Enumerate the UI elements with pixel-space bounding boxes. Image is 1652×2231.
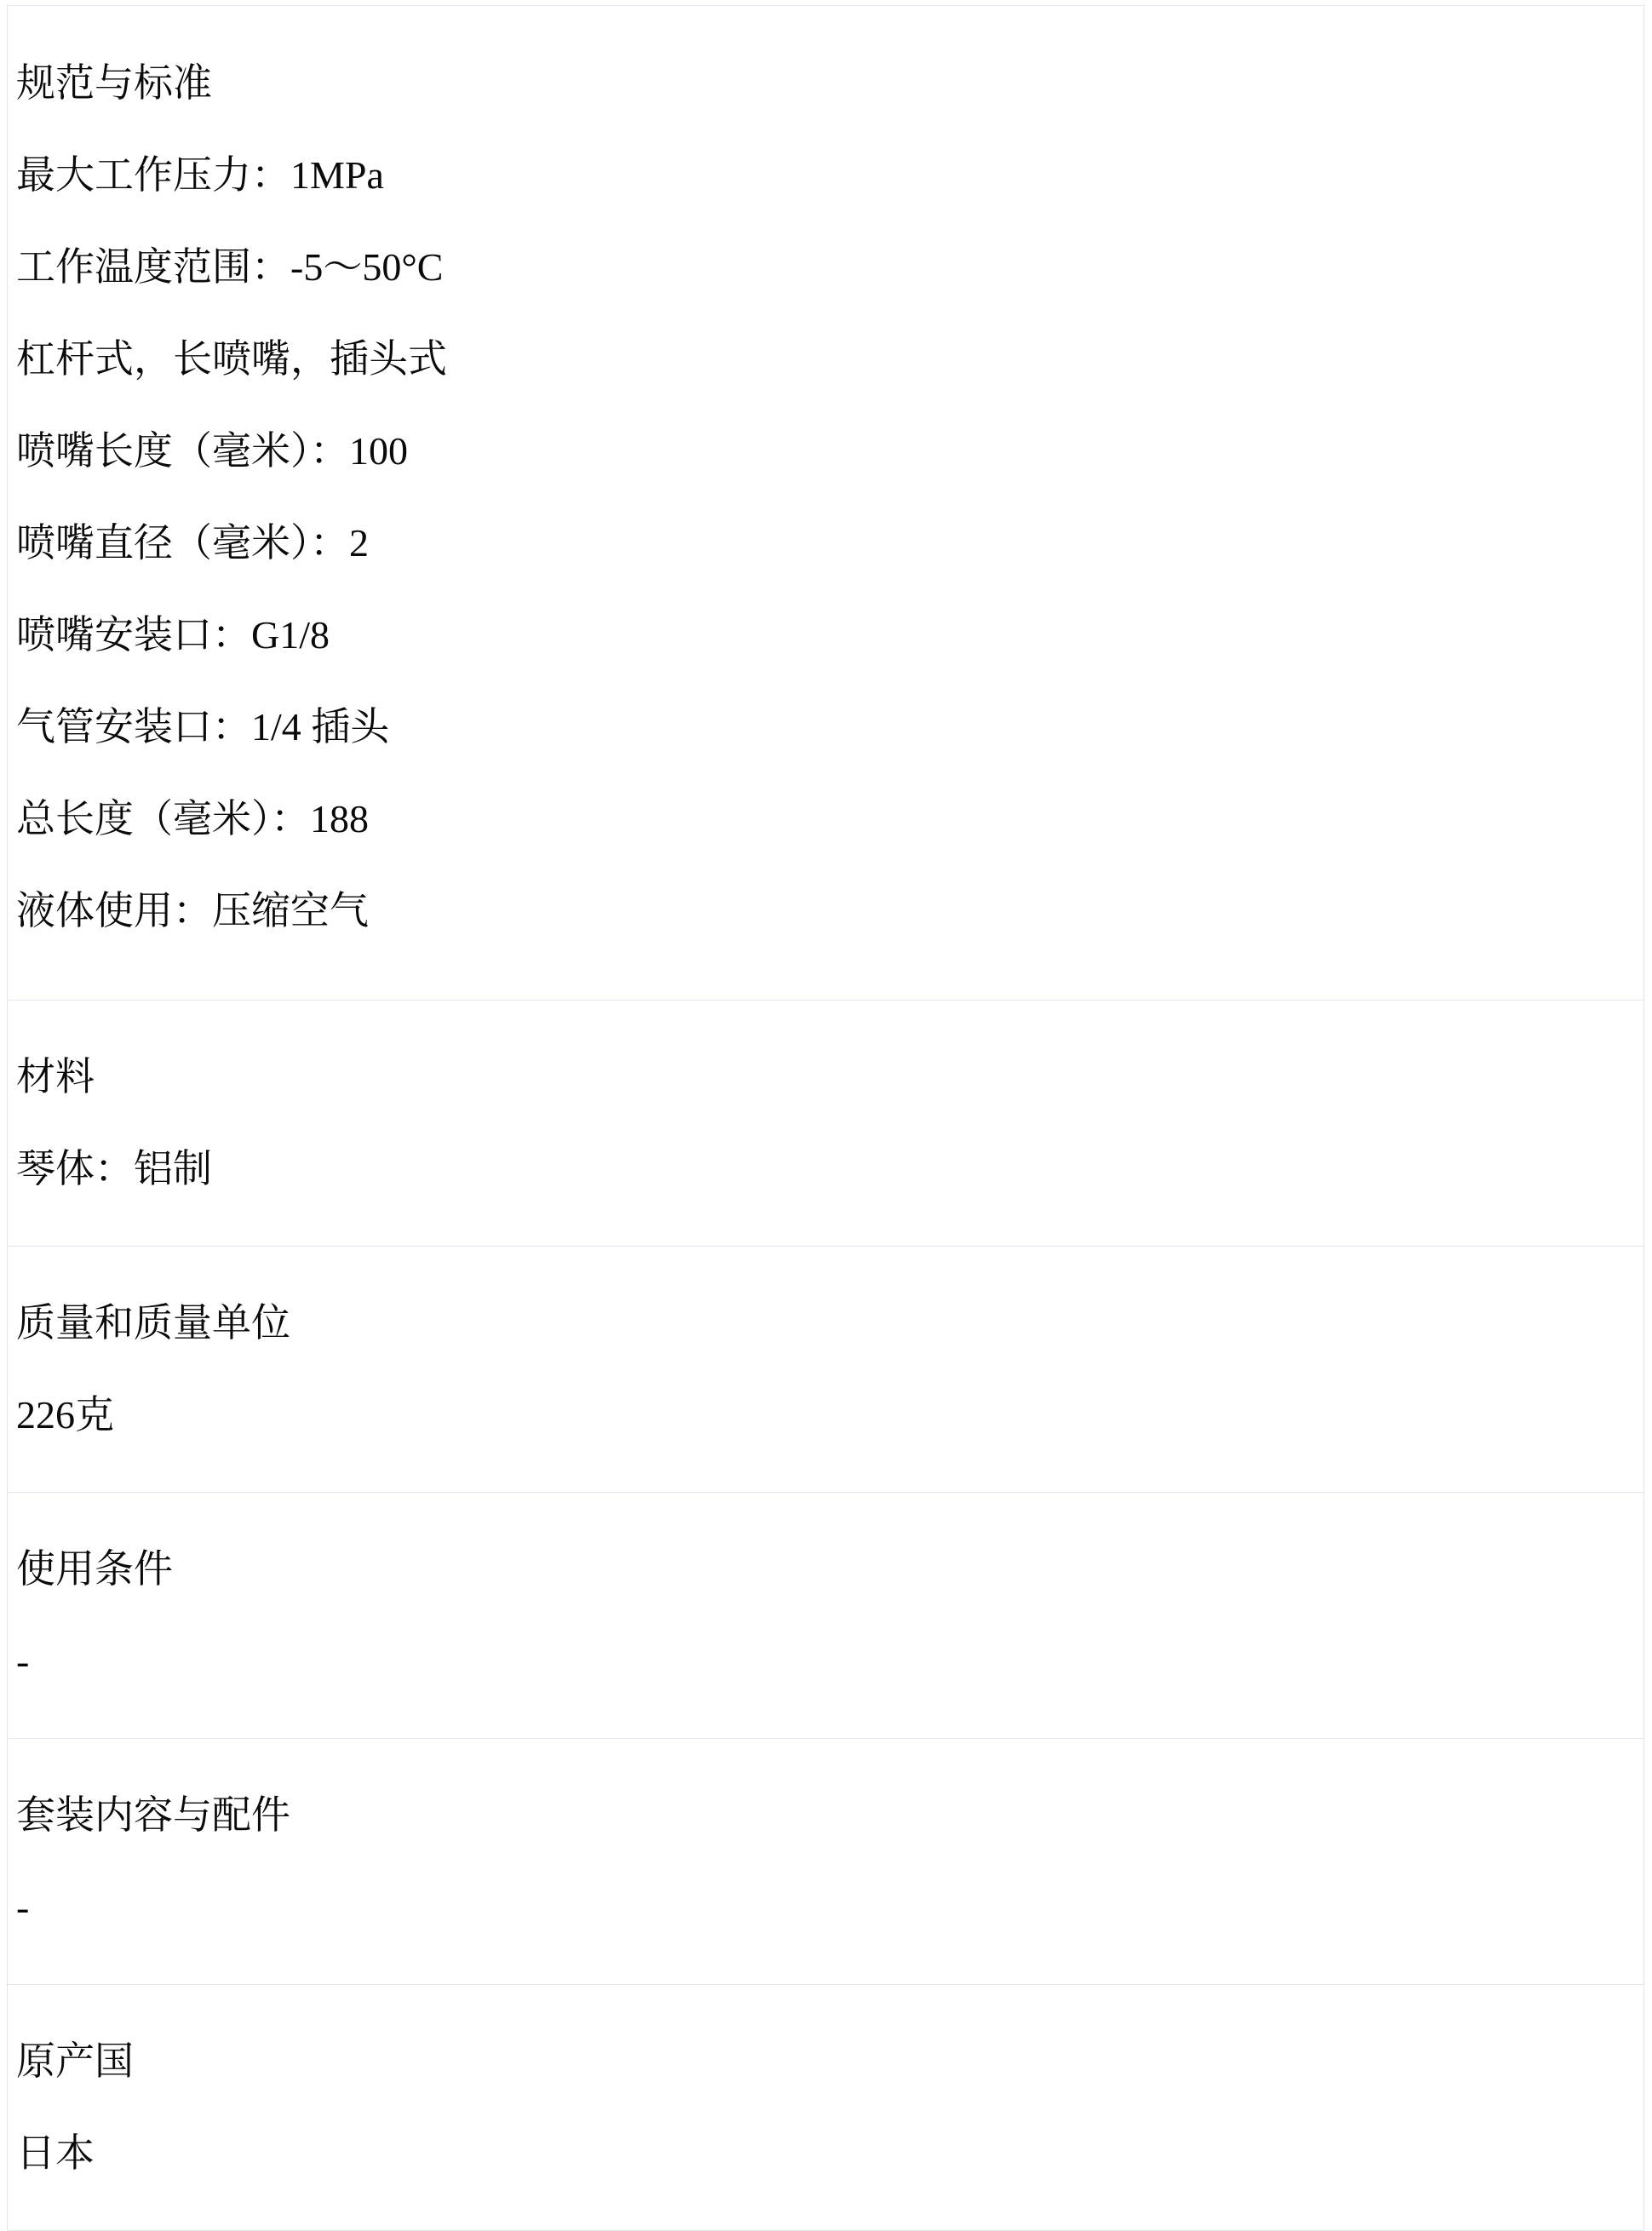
section-title: 套装内容与配件 [16,1769,1632,1861]
weight-value: 226克 [16,1369,1632,1461]
spec-total-length: 总长度（毫米）：188 [16,773,1632,865]
section-usage-conditions: 使用条件 - [8,1492,1643,1738]
section-country-of-origin: 原产国 日本 [8,1984,1643,2230]
spec-nozzle-length: 喷嘴长度（毫米）：100 [16,405,1632,497]
spec-air-tube-mount-port: 气管安装口：1/4 插头 [16,681,1632,773]
section-title: 原产国 [16,2016,1632,2108]
section-specs-standards: 规范与标准 最大工作压力：1MPa 工作温度范围：-5～50°C 杠杆式，长喷嘴… [8,6,1643,1000]
section-title: 规范与标准 [16,37,1632,129]
product-spec-panel: 规范与标准 最大工作压力：1MPa 工作温度范围：-5～50°C 杠杆式，长喷嘴… [7,5,1644,2231]
spec-nozzle-mount-port: 喷嘴安装口：G1/8 [16,589,1632,681]
set-contents-value: - [16,1861,1632,1953]
material-body-value: 琴体：铝制 [16,1123,1632,1215]
section-title: 材料 [16,1031,1632,1123]
spec-max-working-pressure: 最大工作压力：1MPa [16,129,1632,221]
spec-nozzle-diameter: 喷嘴直径（毫米）：2 [16,497,1632,589]
section-weight: 质量和质量单位 226克 [8,1246,1643,1492]
usage-conditions-value: - [16,1615,1632,1707]
country-of-origin-value: 日本 [16,2108,1632,2199]
section-material: 材料 琴体：铝制 [8,1000,1643,1246]
spec-working-temp-range: 工作温度范围：-5～50°C [16,221,1632,313]
section-title: 质量和质量单位 [16,1277,1632,1369]
spec-type-description: 杠杆式，长喷嘴，插头式 [16,313,1632,405]
section-set-contents-accessories: 套装内容与配件 - [8,1738,1643,1984]
section-title: 使用条件 [16,1523,1632,1615]
spec-fluid-used: 液体使用：压缩空气 [16,865,1632,957]
